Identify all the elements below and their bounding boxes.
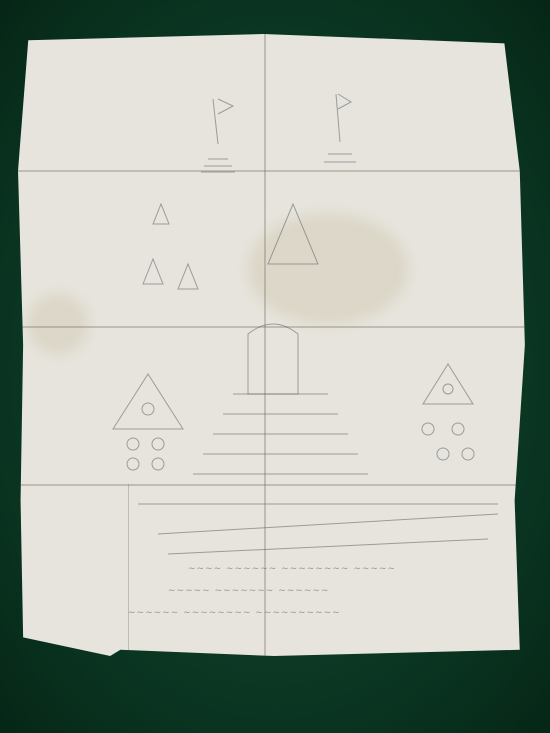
- inscription-line-2: ~~~~~ ~~~~~~~ ~~~~~~: [168, 586, 329, 596]
- cloth-yantra: ~~~~ ~~~~~~ ~~~~~~~~ ~~~~~ ~~~~~ ~~~~~~~…: [18, 34, 530, 656]
- inscription-line-1: ~~~~ ~~~~~~ ~~~~~~~~ ~~~~~: [188, 564, 396, 574]
- inscription-line-3: ~~~~~~ ~~~~~~~~ ~~~~~~~~~~: [128, 608, 341, 618]
- yantra-drawings: [18, 34, 530, 656]
